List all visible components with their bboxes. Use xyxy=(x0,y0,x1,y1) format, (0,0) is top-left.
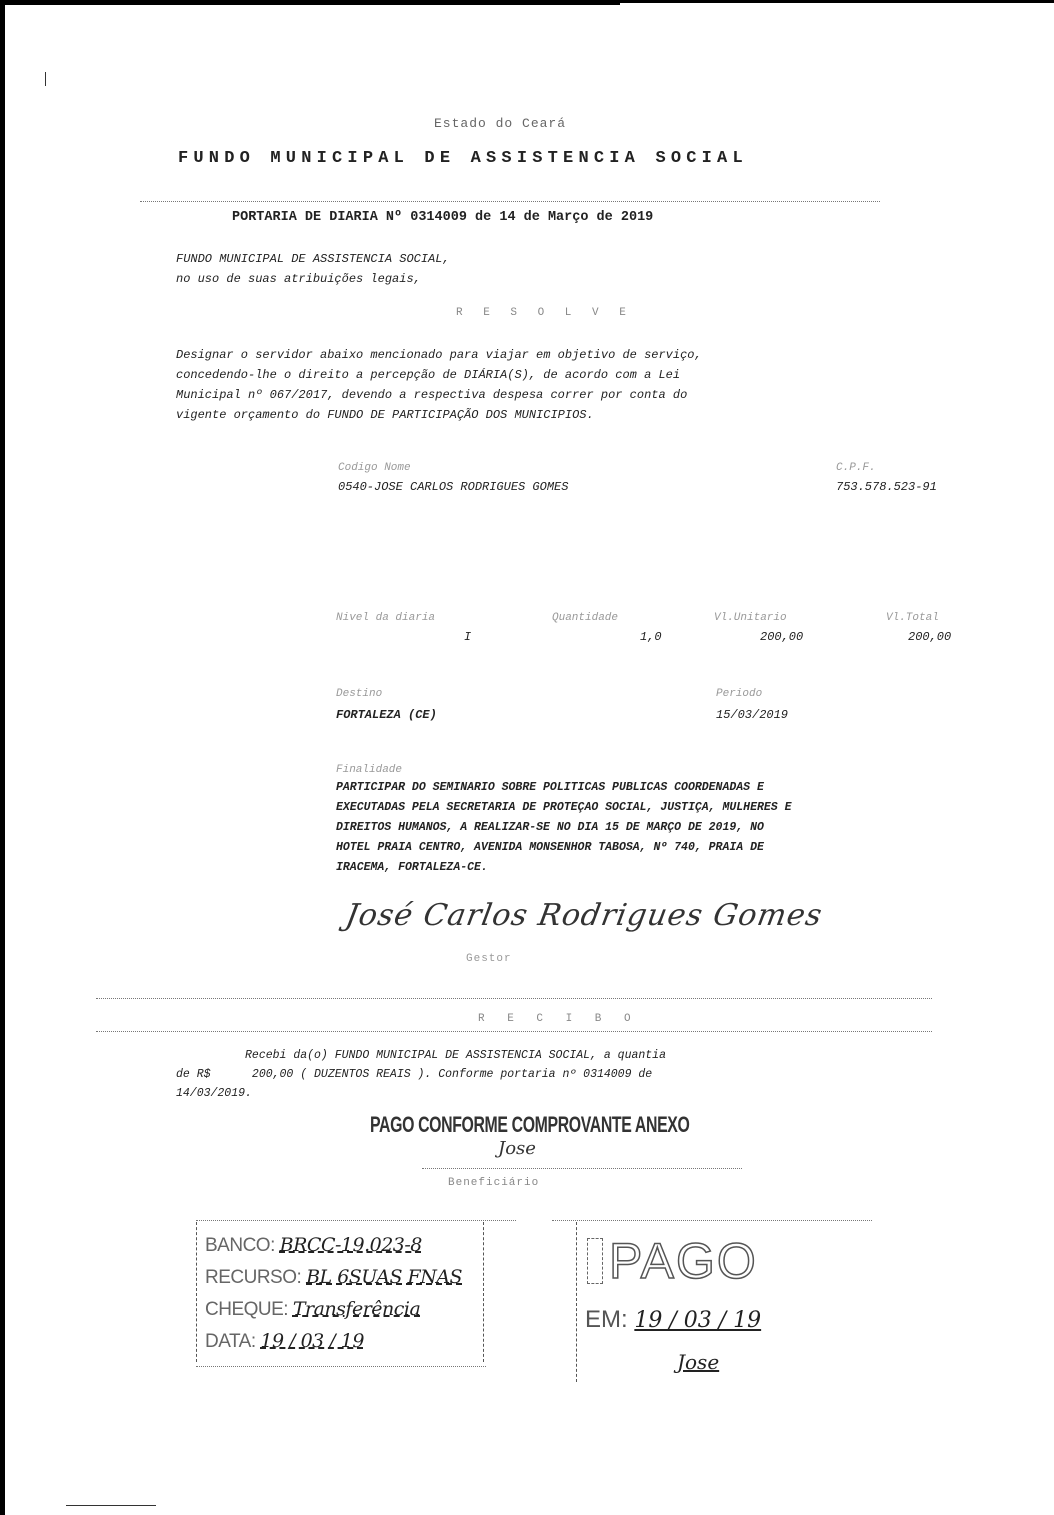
stamp-border xyxy=(196,1366,486,1367)
vl-total-label: Vl.Total xyxy=(886,612,939,624)
servidor-cpf: 753.578.523-91 xyxy=(836,480,937,494)
stamp-recurso-row: RECURSO: BL 6SUAS FNAS xyxy=(205,1266,462,1289)
servidor-code-name: 0540-JOSE CARLOS RODRIGUES GOMES xyxy=(338,480,568,494)
stamp-banco-row: BANCO: BRCC-19.023-8 xyxy=(205,1234,422,1257)
gestor-label: Gestor xyxy=(466,953,512,965)
recibo-text: Recebi da(o) FUNDO MUNICIPAL DE ASSISTEN… xyxy=(176,1046,666,1103)
beneficiario-signature: Jose xyxy=(498,1138,536,1159)
designation-paragraph: Designar o servidor abaixo mencionado pa… xyxy=(176,345,702,425)
cheque-value: Transferência xyxy=(293,1298,420,1320)
intro-line-2: no uso de suas atribuições legais, xyxy=(176,272,421,286)
em-value: 19 / 03 / 19 xyxy=(634,1308,761,1333)
stamp-cheque-row: CHEQUE: Transferência xyxy=(205,1298,420,1321)
portaria-title: PORTARIA DE DIARIA Nº 0314009 de 14 de M… xyxy=(232,210,653,225)
stamp-mark xyxy=(587,1238,603,1284)
stamp-data-row: DATA: 19 / 03 / 19 xyxy=(205,1330,364,1353)
stamp-border xyxy=(196,1220,516,1221)
quantidade-value: 1,0 xyxy=(640,630,662,644)
stamp-border xyxy=(552,1220,872,1221)
vl-unitario-label: Vl.Unitario xyxy=(714,612,787,624)
signature-line xyxy=(422,1168,742,1169)
banco-value: BRCC-19.023-8 xyxy=(280,1234,422,1256)
stamp-em-row: EM: 19 / 03 / 19 xyxy=(585,1306,761,1334)
quantidade-label: Quantidade xyxy=(552,612,618,624)
bank-stamp: BANCO: BRCC-19.023-8 RECURSO: BL 6SUAS F… xyxy=(196,1222,484,1362)
pago-stamp: PAGO EM: 19 / 03 / 19 Jose xyxy=(576,1222,855,1382)
periodo-label: Periodo xyxy=(716,688,762,700)
scan-speck xyxy=(66,1505,156,1506)
finalidade-text: PARTICIPAR DO SEMINARIO SOBRE POLITICAS … xyxy=(336,778,791,878)
resolve-heading: R E S O L V E xyxy=(456,307,633,319)
recurso-label: RECURSO: xyxy=(205,1267,301,1288)
vl-total-value: 200,00 xyxy=(908,630,951,644)
finalidade-label: Finalidade xyxy=(336,764,402,776)
recurso-value: BL 6SUAS FNAS xyxy=(306,1266,462,1288)
data-label: DATA: xyxy=(205,1331,256,1352)
data-value: 19 / 03 / 19 xyxy=(260,1330,364,1352)
beneficiario-label: Beneficiário xyxy=(448,1177,539,1189)
banco-label: BANCO: xyxy=(205,1235,275,1256)
separator-dotted xyxy=(96,998,932,999)
nivel-label: Nivel da diaria xyxy=(336,612,435,624)
destino-label: Destino xyxy=(336,688,382,700)
pago-stamp-title: PAGO xyxy=(609,1232,758,1290)
nivel-value: I xyxy=(464,630,471,644)
pago-conforme-stamp: PAGO CONFORME COMPROVANTE ANEXO xyxy=(370,1112,689,1138)
organization-title: FUNDO MUNICIPAL DE ASSISTENCIA SOCIAL xyxy=(178,149,748,168)
pago-stamp-signature: Jose xyxy=(677,1350,719,1374)
scan-border-left xyxy=(0,0,5,1515)
scan-speck xyxy=(45,72,46,86)
destino-value: FORTALEZA (CE) xyxy=(336,708,437,722)
scan-border-top-thick xyxy=(0,0,620,5)
intro-line-1: FUNDO MUNICIPAL DE ASSISTENCIA SOCIAL, xyxy=(176,252,450,266)
cheque-label: CHEQUE: xyxy=(205,1299,288,1320)
recibo-heading: R E C I B O xyxy=(478,1013,639,1025)
em-label: EM: xyxy=(585,1306,628,1333)
separator-dotted xyxy=(96,1031,932,1032)
state-name: Estado do Ceará xyxy=(434,116,566,131)
vl-unitario-value: 200,00 xyxy=(760,630,803,644)
periodo-value: 15/03/2019 xyxy=(716,708,788,722)
separator-dotted xyxy=(140,201,880,202)
cpf-label: C.P.F. xyxy=(836,462,876,474)
gestor-signature: José Carlos Rodrigues Gomes xyxy=(343,898,825,933)
code-name-label: Codigo Nome xyxy=(338,462,411,474)
